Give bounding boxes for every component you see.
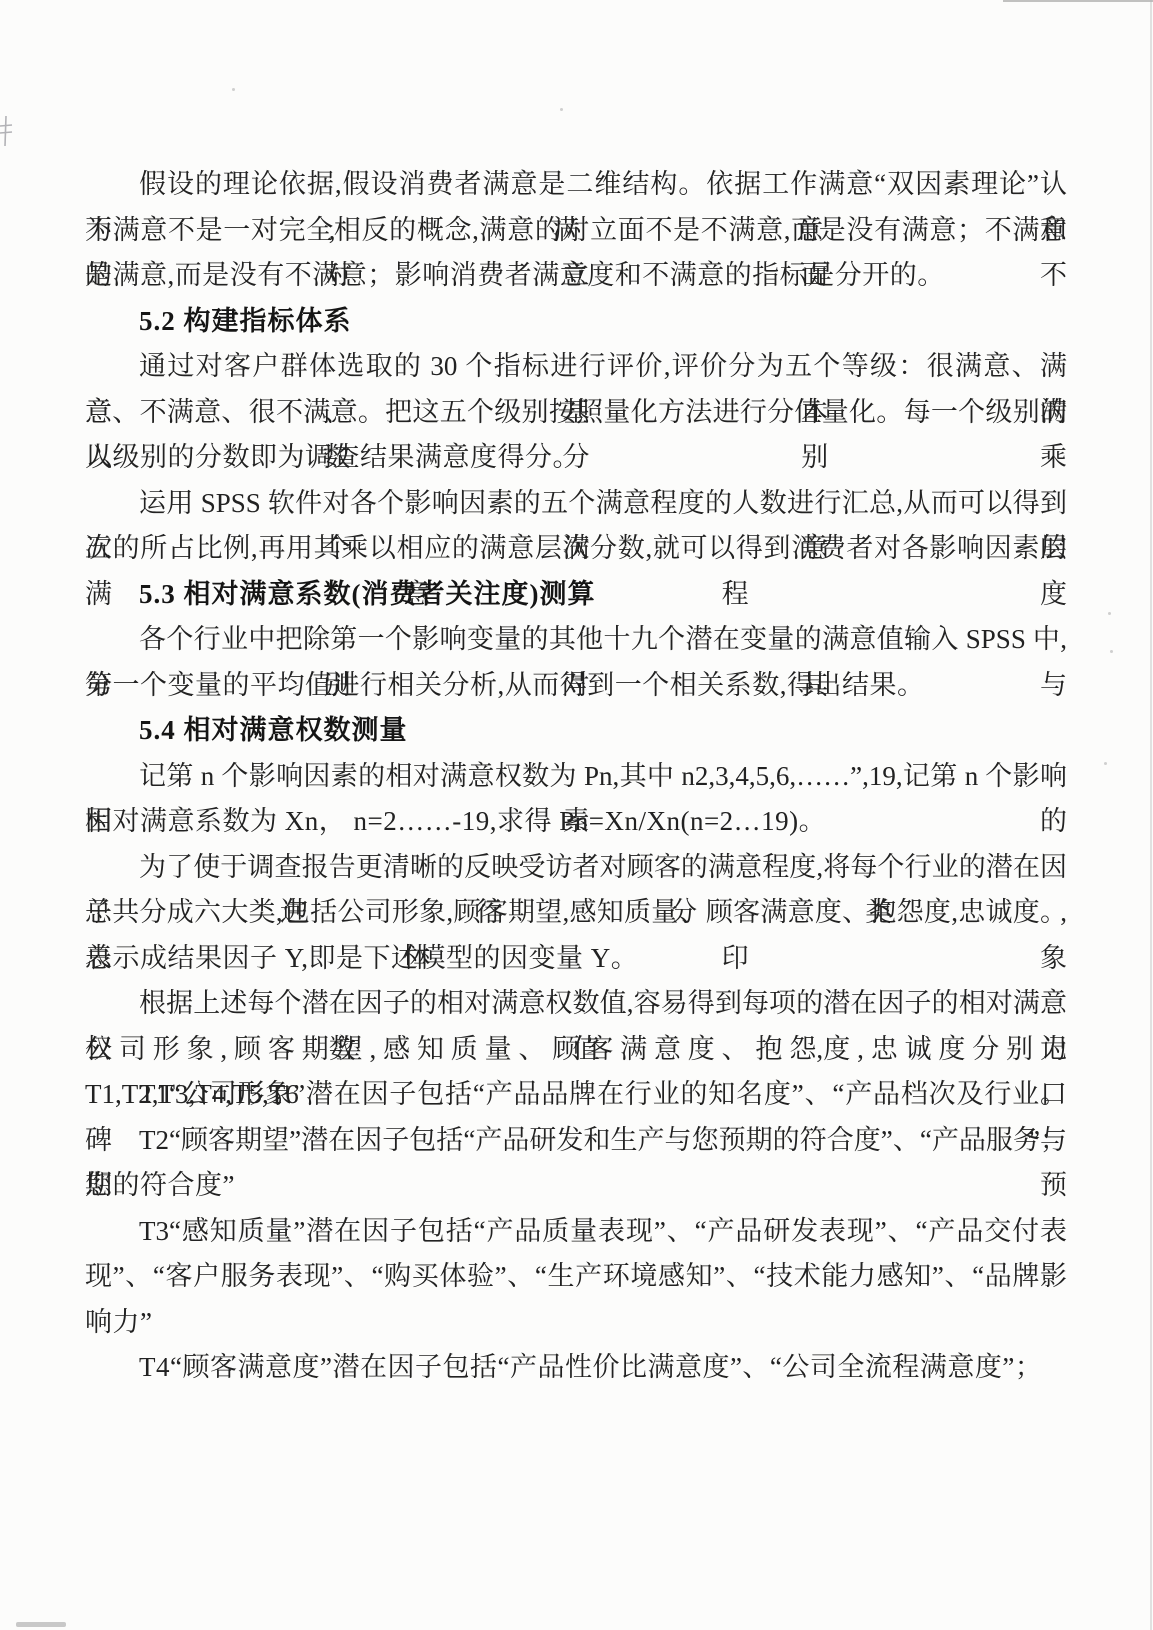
text-line: 第一个变量的平均值进行相关分析,从而得到一个相关系数,得出结果。 [85, 663, 1067, 709]
text-line: 各个行业中把除第一个影响变量的其他十九个潜在变量的满意值输入 SPSS 中,分别… [85, 617, 1067, 663]
scan-speck [232, 88, 235, 91]
text-line: 假设的理论依据,假设消费者满意是二维结构。依据工作满意“双因素理论”认为,满意和 [85, 162, 1067, 208]
section-heading-5-2: 5.2 构建指标体系 [85, 299, 1067, 345]
factor-line-t3-cont: 现”、“客户服务表现”、“购买体验”、“生产环境感知”、“技术能力感知”、“品牌… [85, 1254, 1067, 1300]
factor-line-t2: T2“顾客期望”潜在因子包括“产品研发和生产与您预期的符合度”、“产品服务与您预 [85, 1118, 1067, 1164]
scan-artifact-bottom-dash [16, 1622, 66, 1627]
scan-artifact-left-mark [0, 116, 16, 146]
text-line: 根据上述每个潜在因子的相对满意权数值,容易得到每项的潜在因子的相对满意权数值,记 [85, 981, 1067, 1027]
scan-speck [1104, 762, 1107, 765]
text-line: 是满意,而是没有不满意；影响消费者满意度和不满意的指标是分开的。 [85, 253, 1067, 299]
text-line: 运用 SPSS 软件对各个影响因素的五个满意程度的人数进行汇总,从而可以得到五个… [85, 481, 1067, 527]
scanned-document-page: 假设的理论依据,假设消费者满意是二维结构。依据工作满意“双因素理论”认为,满意和… [0, 0, 1153, 1630]
text-line: 不满意不是一对完全相反的概念,满意的对立面不是不满意,而是没有满意；不满意的对立… [85, 208, 1067, 254]
factor-line-t4: T4“顾客满意度”潜在因子包括“产品性价比满意度”、“公司全流程满意度”； [85, 1345, 1067, 1391]
scan-speck [1108, 612, 1111, 615]
factor-line-t3-cont2: 响力” [85, 1300, 1067, 1346]
scan-artifact-right-edge [1150, 0, 1152, 1630]
document-text-block: 假设的理论依据,假设消费者满意是二维结构。依据工作满意“双因素理论”认为,满意和… [85, 162, 1067, 1391]
scan-artifact-top-edge [1003, 0, 1153, 2]
scan-speck [560, 108, 563, 111]
section-heading-5-4: 5.4 相对满意权数测量 [85, 708, 1067, 754]
factor-line-t3: T3“感知质量”潜在因子包括“产品质量表现”、“产品研发表现”、“产品交付表 [85, 1209, 1067, 1255]
text-line: 为了使于调查报告更清晰的反映受访者对顾客的满意程度,将每个行业的潜在因子进行分类… [85, 845, 1067, 891]
text-line: 总共分成六大类,包括公司形象,顾客期望,感知质量、顾客满意度、抱怨度,忠诚度。总… [85, 890, 1067, 936]
text-line: 意、不满意、很不满意。把这五个级别按照量化方法进行分值量化。每一个级别的人数分别… [85, 390, 1067, 436]
text-line: 通过对客户群体选取的 30 个指标进行评价,评价分为五个等级：很满意、满意、基本… [85, 344, 1067, 390]
factor-line-t1: T1“公司形象”潜在因子包括“产品品牌在行业的知名度”、“产品档次及行业口碑”； [85, 1072, 1067, 1118]
text-line: 公司形象,顾客期望,感知质量、顾客满意度、抱怨度,忠诚度分别为 T1,T2,T3… [85, 1027, 1067, 1073]
scan-speck [1110, 650, 1113, 653]
text-line: 次的所占比例,再用其乘以相应的满意层次分数,就可以得到消费者对各影响因素的满意程… [85, 526, 1067, 572]
formula-line: 记第 n 个影响因素的相对满意权数为 Pn,其中 n2,3,4,5,6,……”,… [85, 754, 1067, 800]
